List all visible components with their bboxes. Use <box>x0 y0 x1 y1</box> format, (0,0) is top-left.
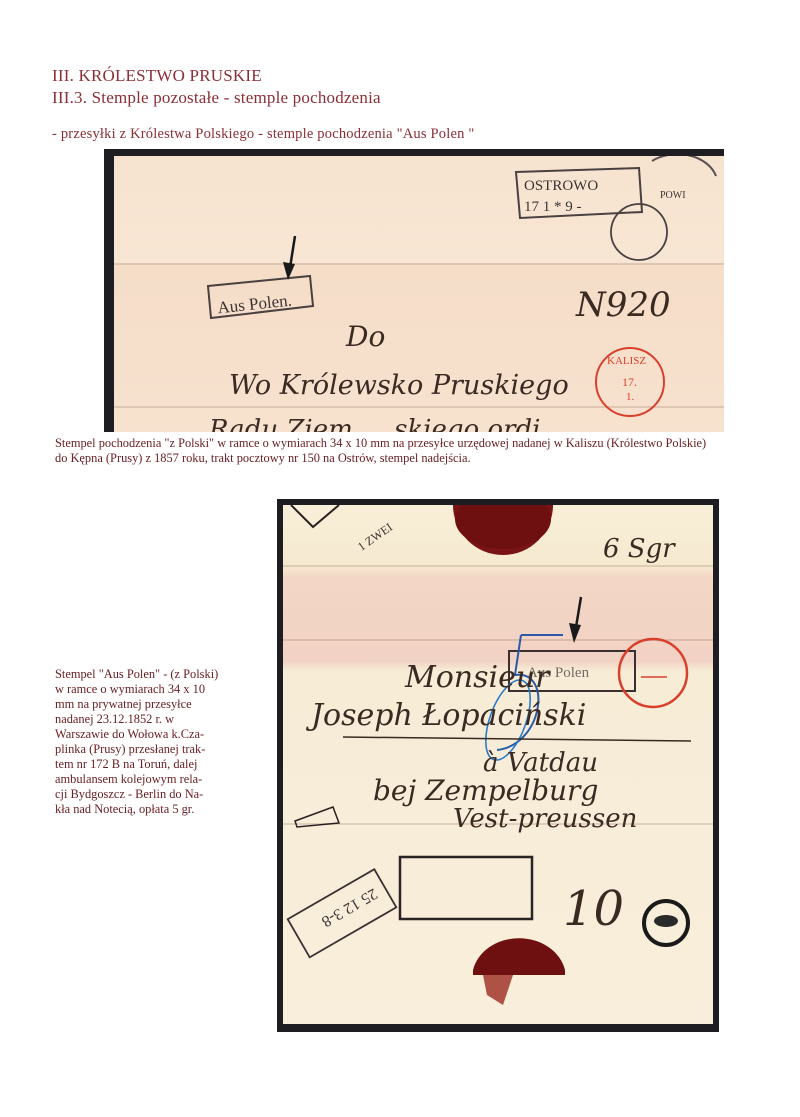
svg-text:25 12 3-8: 25 12 3-8 <box>319 885 381 930</box>
wax-seal <box>473 938 565 975</box>
caption-line: kła nad Notecią, opłata 5 gr. <box>55 802 255 817</box>
svg-text:17.: 17. <box>622 375 637 389</box>
nackel-stamp <box>400 857 532 919</box>
caption-line: w ramce o wymiarach 34 x 10 <box>55 682 255 697</box>
section-title: III. KRÓLESTWO PRUSKIE <box>52 66 262 86</box>
handwritten-salutation: Do <box>345 320 385 353</box>
ostrowo-stamp: OSTROWO 17 1 * 9 - <box>516 168 642 218</box>
handwritten-address-line: Joseph Łopaciński <box>305 698 586 733</box>
cover-scan-kalisz: Aus Polen. OSTROWO 17 1 * 9 - POWI KALI <box>104 149 724 432</box>
handwritten-address-line: Radu Ziem ... skiego ordi <box>208 415 540 432</box>
caption-line: ambulansem kolejowym rela- <box>55 772 255 787</box>
svg-text:OSTROWO: OSTROWO <box>524 178 598 194</box>
handwritten-rate: 10 <box>563 881 624 937</box>
handwritten-number: N920 <box>575 285 671 325</box>
svg-text:17 1 * 9 -: 17 1 * 9 - <box>524 199 582 215</box>
handwritten-address-line: bej Zempelburg <box>373 774 598 807</box>
cover-ink-layer: 1 ZWEI 6 Sgr Aus Polen <box>283 505 713 1024</box>
partial-circle-stamp: POWI <box>652 156 716 201</box>
group-title: - przesyłki z Królestwa Polskiego - stem… <box>52 126 475 143</box>
svg-text:POWI: POWI <box>660 190 686 201</box>
cover-ink-layer: Aus Polen. OSTROWO 17 1 * 9 - POWI KALI <box>114 156 724 432</box>
cover-paper: 1 ZWEI 6 Sgr Aus Polen <box>283 505 713 1024</box>
handwritten-rate: 6 Sgr <box>603 534 676 564</box>
svg-text:1.: 1. <box>626 391 635 403</box>
circle-stamp-ink <box>654 915 678 927</box>
flap-line <box>291 505 339 527</box>
cover1-caption: Stempel pochodzenia "z Polski" w ramce o… <box>55 436 785 466</box>
wax-seal <box>455 505 551 549</box>
pointer-arrow-icon <box>283 236 295 280</box>
caption-line: do Kępna (Prusy) z 1857 roku, trakt pocz… <box>55 451 785 466</box>
wax-drip <box>483 975 513 1005</box>
caption-line: cji Bydgoszcz - Berlin do Na- <box>55 787 255 802</box>
cover-paper: Aus Polen. OSTROWO 17 1 * 9 - POWI KALI <box>114 156 724 432</box>
svg-text:Aus Polen.: Aus Polen. <box>216 291 292 318</box>
kalisz-red-stamp: KALISZ 17. 1. <box>596 348 664 416</box>
aus-polen-stamp: Aus Polen. <box>208 276 313 318</box>
underline <box>343 737 691 741</box>
caption-line: Warszawie do Wołowa k.Cza- <box>55 727 255 742</box>
handwritten-address-line: Vest-preussen <box>453 804 637 834</box>
caption-line: plinka (Prusy) przesłanej trak- <box>55 742 255 757</box>
transit-stamp: 1 ZWEI <box>355 520 395 554</box>
handwritten-address-line: Monsieur <box>404 660 551 695</box>
subsection-title: III.3. Stemple pozostałe - stemple pocho… <box>52 88 381 108</box>
svg-text:1 ZWEI: 1 ZWEI <box>355 520 395 554</box>
cover2-caption: Stempel "Aus Polen" - (z Polski) w ramce… <box>55 667 255 817</box>
svg-text:KALISZ: KALISZ <box>607 355 646 367</box>
caption-line: tem nr 172 B na Toruń, dalej <box>55 757 255 772</box>
railway-stamp: 25 12 3-8 <box>288 869 397 957</box>
caption-line: Stempel pochodzenia "z Polski" w ramce o… <box>55 436 785 451</box>
cover-scan-warszawa: 1 ZWEI 6 Sgr Aus Polen <box>277 499 719 1032</box>
warszawa-red-stamp <box>619 639 687 707</box>
handwritten-address-line: Wo Królewsko Pruskiego <box>229 370 569 401</box>
caption-line: nadanej 23.12.1852 r. w <box>55 712 255 727</box>
caption-line: mm na prywatnej przesyłce <box>55 697 255 712</box>
caption-line: Stempel "Aus Polen" - (z Polski) <box>55 667 255 682</box>
pointer-arrow-icon <box>569 597 581 643</box>
corner-stamp <box>295 807 339 827</box>
